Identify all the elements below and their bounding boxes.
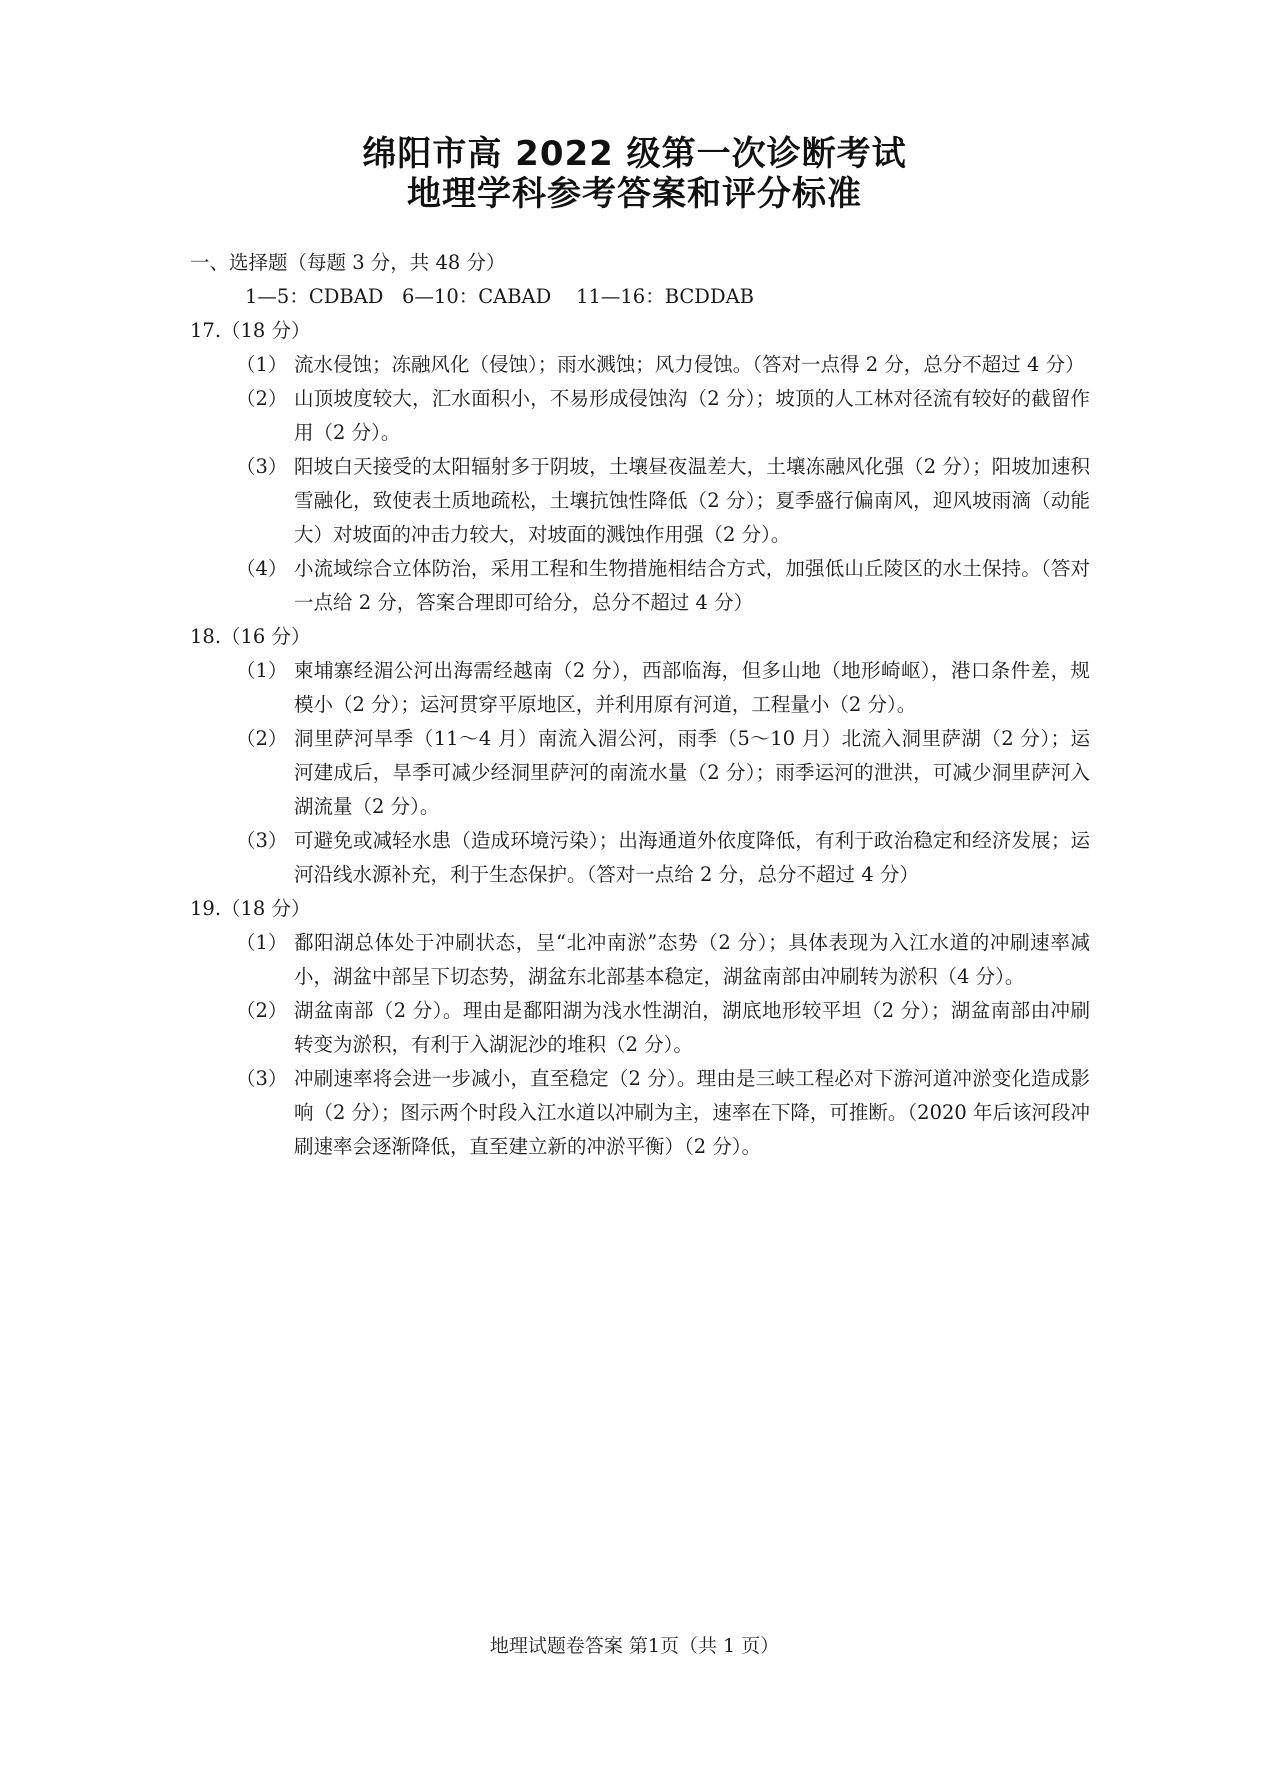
item-text: 鄱阳湖总体处于冲刷状态，呈“北冲南淤”态势（2 分）；具体表现为入江水道的冲刷速… (294, 926, 1090, 994)
question-18-item-1: （1） 柬埔寨经湄公河出海需经越南（2 分），西部临海，但多山地（地形崎岖），港… (190, 654, 1090, 722)
question-18-heading: 18.（16 分） (190, 620, 1090, 654)
document-page: 绵阳市高 2022 级第一次诊断考试 地理学科参考答案和评分标准 一、选择题（每… (0, 0, 1269, 1776)
question-18-item-3: （3） 可避免或减轻水患（造成环境污染）；出海通道外依度降低，有利于政治稳定和经… (190, 824, 1090, 892)
item-number: （4） (190, 552, 294, 620)
item-text: 冲刷速率将会进一步减小，直至稳定（2 分）。理由是三峡工程必对下游河道冲淤变化造… (294, 1062, 1090, 1164)
multiple-choice-answers: 1—5：CDBAD 6—10：CABAD 11—16：BCDDAB (190, 280, 1090, 314)
item-number: （2） (190, 994, 294, 1062)
page-footer: 地理试题卷答案 第1页（共 1 页） (0, 1631, 1269, 1658)
document-body: 一、选择题（每题 3 分，共 48 分） 1—5：CDBAD 6—10：CABA… (190, 246, 1090, 1164)
question-17-item-1: （1） 流水侵蚀；冻融风化（侵蚀）；雨水溅蚀；风力侵蚀。（答对一点得 2 分，总… (190, 348, 1090, 382)
question-18-item-2: （2） 洞里萨河旱季（11～4 月）南流入湄公河，雨季（5～10 月）北流入洞里… (190, 722, 1090, 824)
question-17-heading: 17.（18 分） (190, 314, 1090, 348)
item-text: 柬埔寨经湄公河出海需经越南（2 分），西部临海，但多山地（地形崎岖），港口条件差… (294, 654, 1090, 722)
item-text: 山顶坡度较大，汇水面积小，不易形成侵蚀沟（2 分）；坡顶的人工林对径流有较好的截… (294, 382, 1090, 450)
item-text: 流水侵蚀；冻融风化（侵蚀）；雨水溅蚀；风力侵蚀。（答对一点得 2 分，总分不超过… (294, 348, 1090, 382)
item-text: 湖盆南部（2 分）。理由是鄱阳湖为浅水性湖泊，湖底地形较平坦（2 分）；湖盆南部… (294, 994, 1090, 1062)
item-number: （1） (190, 348, 294, 382)
question-17-item-2: （2） 山顶坡度较大，汇水面积小，不易形成侵蚀沟（2 分）；坡顶的人工林对径流有… (190, 382, 1090, 450)
item-number: （2） (190, 722, 294, 824)
item-text: 小流域综合立体防治，采用工程和生物措施相结合方式，加强低山丘陵区的水土保持。（答… (294, 552, 1090, 620)
item-text: 洞里萨河旱季（11～4 月）南流入湄公河，雨季（5～10 月）北流入洞里萨湖（2… (294, 722, 1090, 824)
question-19-item-3: （3） 冲刷速率将会进一步减小，直至稳定（2 分）。理由是三峡工程必对下游河道冲… (190, 1062, 1090, 1164)
item-text: 可避免或减轻水患（造成环境污染）；出海通道外依度降低，有利于政治稳定和经济发展；… (294, 824, 1090, 892)
question-19-item-1: （1） 鄱阳湖总体处于冲刷状态，呈“北冲南淤”态势（2 分）；具体表现为入江水道… (190, 926, 1090, 994)
item-number: （3） (190, 450, 294, 552)
section-heading-multiple-choice: 一、选择题（每题 3 分，共 48 分） (190, 246, 1090, 280)
item-number: （3） (190, 824, 294, 892)
document-subtitle: 地理学科参考答案和评分标准 (0, 166, 1269, 215)
question-19-item-2: （2） 湖盆南部（2 分）。理由是鄱阳湖为浅水性湖泊，湖底地形较平坦（2 分）；… (190, 994, 1090, 1062)
item-number: （2） (190, 382, 294, 450)
item-number: （1） (190, 654, 294, 722)
item-text: 阳坡白天接受的太阳辐射多于阴坡，土壤昼夜温差大，土壤冻融风化强（2 分）；阳坡加… (294, 450, 1090, 552)
item-number: （1） (190, 926, 294, 994)
question-17-item-4: （4） 小流域综合立体防治，采用工程和生物措施相结合方式，加强低山丘陵区的水土保… (190, 552, 1090, 620)
item-number: （3） (190, 1062, 294, 1164)
question-17-item-3: （3） 阳坡白天接受的太阳辐射多于阴坡，土壤昼夜温差大，土壤冻融风化强（2 分）… (190, 450, 1090, 552)
question-19-heading: 19.（18 分） (190, 892, 1090, 926)
